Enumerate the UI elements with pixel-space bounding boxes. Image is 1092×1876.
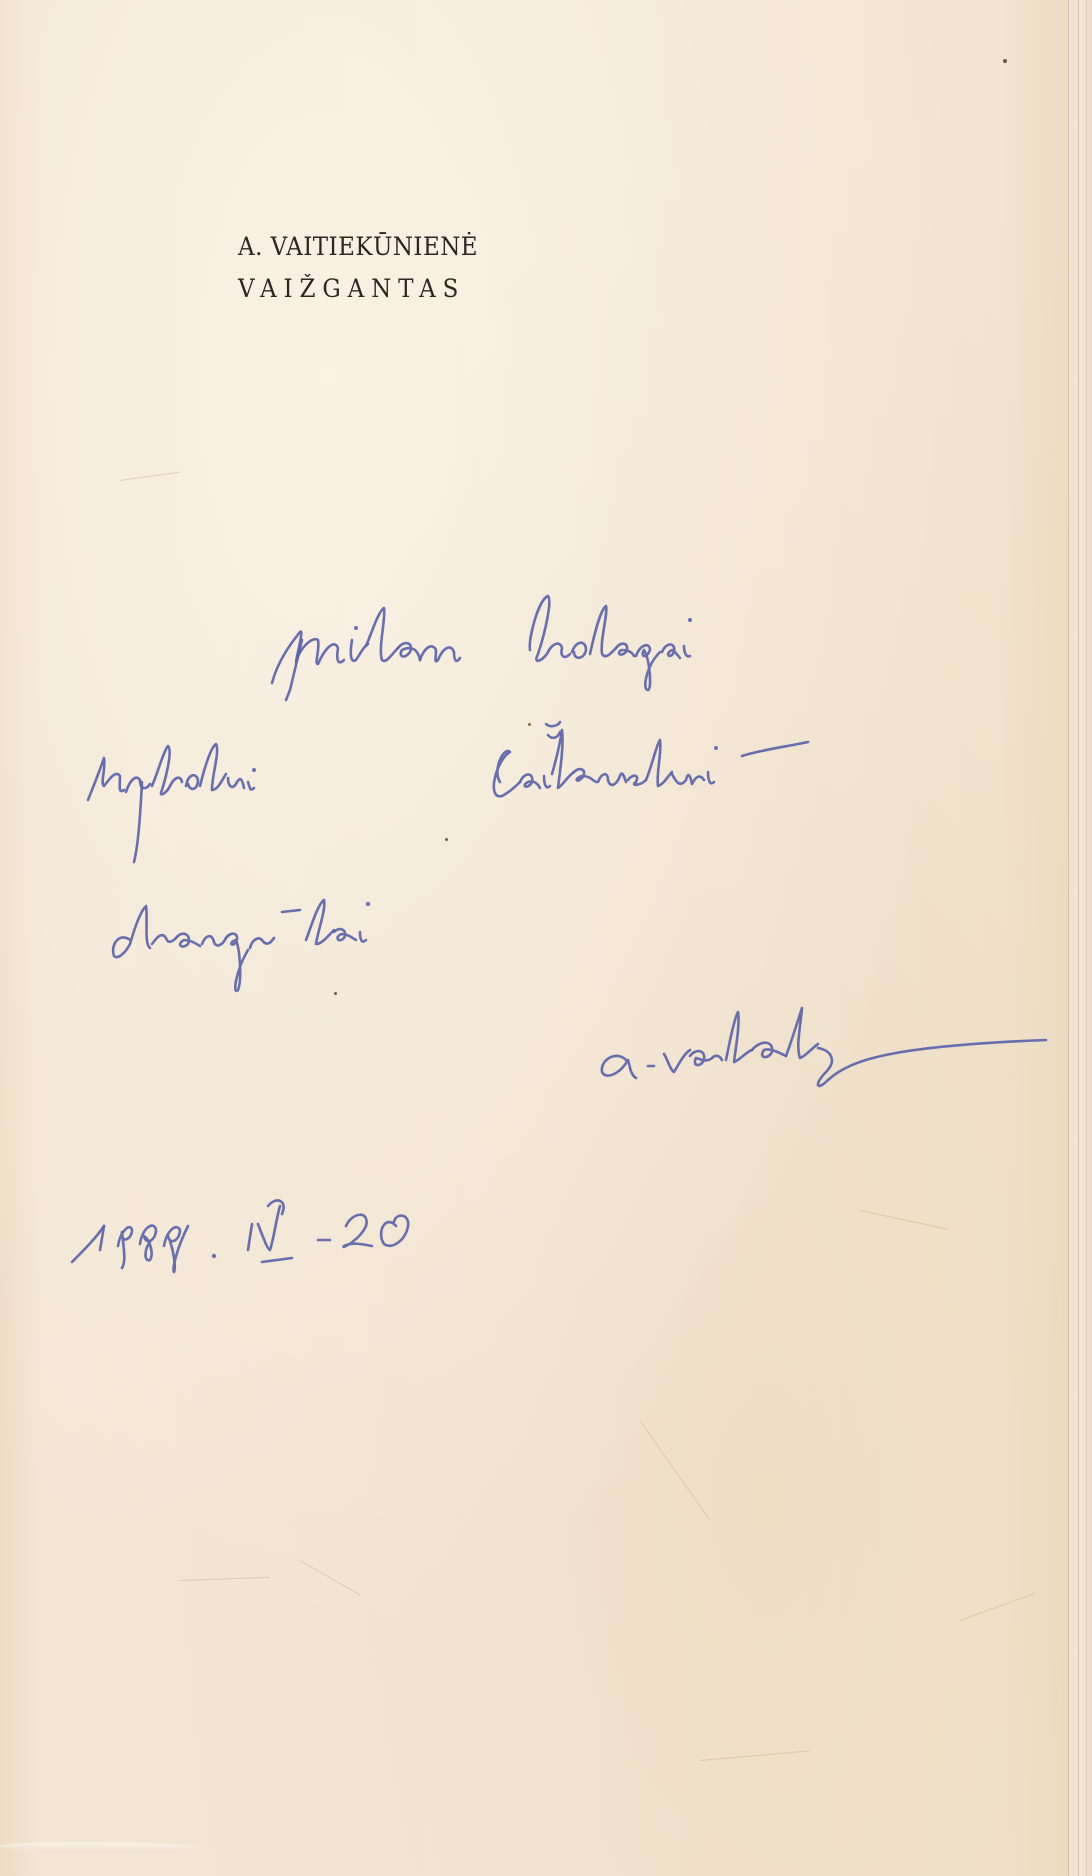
handwriting-line-1 xyxy=(272,596,692,700)
handwriting-line-3 xyxy=(113,900,370,991)
handwritten-signature xyxy=(602,1008,1046,1086)
handwritten-date xyxy=(72,1200,408,1272)
handwriting-line-2 xyxy=(88,722,808,862)
handwritten-dedication xyxy=(0,0,1092,1876)
book-page: A. VAITIEKŪNIENĖ VAIŽGANTAS xyxy=(0,0,1092,1876)
